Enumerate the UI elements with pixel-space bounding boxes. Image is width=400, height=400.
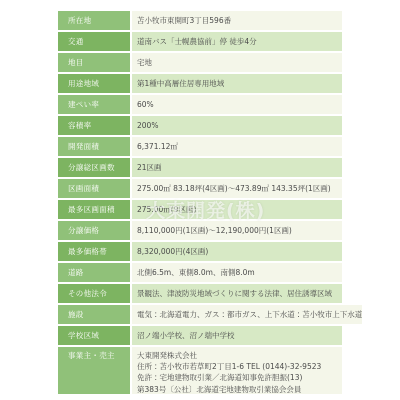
row-value: 北側6.5m、東側8.0m、南側8.0m bbox=[132, 263, 342, 282]
table-row: その他法令 景観法、津波防災地域づくりに関する法律、居住誘導区域 bbox=[58, 284, 342, 303]
row-value: 8,110,000円(1区画)〜12,190,000円(1区画) bbox=[132, 221, 342, 240]
row-value: 苫小牧市東開町3丁目596番 bbox=[132, 11, 342, 30]
table-row: 開発面積 6,371.12㎡ bbox=[58, 137, 342, 156]
table-row: 事業主・売主 大東開発株式会社住所：苫小牧市若草町2丁目1-6 TEL (014… bbox=[58, 347, 342, 394]
row-value: 60% bbox=[132, 95, 342, 114]
row-label: 道路 bbox=[58, 263, 130, 282]
row-label: 分譲総区画数 bbox=[58, 158, 130, 177]
row-label: 建ぺい率 bbox=[58, 95, 130, 114]
row-value: 21区画 bbox=[132, 158, 342, 177]
table-row: 所在地 苫小牧市東開町3丁目596番 bbox=[58, 11, 342, 30]
row-label: 用途地域 bbox=[58, 74, 130, 93]
row-label: 分譲価格 bbox=[58, 221, 130, 240]
row-label: 区画面積 bbox=[58, 179, 130, 198]
row-value: 電気：北海道電力、ガス：都市ガス、上下水道：苫小牧市上下水道 bbox=[132, 305, 362, 324]
row-label: 施設 bbox=[58, 305, 130, 324]
table-row: 地目 宅地 bbox=[58, 53, 342, 72]
row-value: 6,371.12㎡ bbox=[132, 137, 342, 156]
row-label: 交通 bbox=[58, 32, 130, 51]
table-row: 道路 北側6.5m、東側8.0m、南側8.0m bbox=[58, 263, 342, 282]
row-label: 学校区域 bbox=[58, 326, 130, 345]
table-row: 交通 道南バス「士幌農協前」停 徒歩4分 bbox=[58, 32, 342, 51]
row-value: 第1種中高層住居専用地域 bbox=[132, 74, 342, 93]
row-label: 事業主・売主 bbox=[58, 347, 130, 394]
table-row: 建ぺい率 60% bbox=[58, 95, 342, 114]
row-label: その他法令 bbox=[58, 284, 130, 303]
row-label: 容積率 bbox=[58, 116, 130, 135]
row-value: 道南バス「士幌農協前」停 徒歩4分 bbox=[132, 32, 342, 51]
row-value-line: 免許：宅地建物取引業／北海道知事免許胆振(13) bbox=[137, 372, 342, 383]
row-label: 最多価格帯 bbox=[58, 242, 130, 261]
table-row: 施設 電気：北海道電力、ガス：都市ガス、上下水道：苫小牧市上下水道 bbox=[58, 305, 342, 324]
row-value-line: 大東開発株式会社 bbox=[137, 350, 342, 361]
row-value-line: 住所：苫小牧市若草町2丁目1-6 TEL (0144)-32-9523 bbox=[137, 361, 342, 372]
table-row: 最多価格帯 8,320,000円(4区画) bbox=[58, 242, 342, 261]
row-label: 最多区画面積 bbox=[58, 200, 130, 219]
row-value-line: 第383号〔公社〕北海道宅地建物取引業協会会員 bbox=[137, 384, 342, 395]
row-label: 地目 bbox=[58, 53, 130, 72]
table-row: 学校区域 沼ノ端小学校、沼ノ端中学校 bbox=[58, 326, 342, 345]
row-label: 所在地 bbox=[58, 11, 130, 30]
row-value: 8,320,000円(4区画) bbox=[132, 242, 342, 261]
table-row: 用途地域 第1種中高層住居専用地域 bbox=[58, 74, 342, 93]
row-value: 景観法、津波防災地域づくりに関する法律、居住誘導区域 bbox=[132, 284, 342, 303]
table-row: 分譲価格 8,110,000円(1区画)〜12,190,000円(1区画) bbox=[58, 221, 342, 240]
table-row: 最多区画面積 275.00㎡(9区画) bbox=[58, 200, 342, 219]
row-value: 宅地 bbox=[132, 53, 342, 72]
row-value: 200% bbox=[132, 116, 342, 135]
row-value: 大東開発株式会社住所：苫小牧市若草町2丁目1-6 TEL (0144)-32-9… bbox=[132, 347, 342, 394]
table-row: 区画面積 275.00㎡ 83.18坪(4区画)〜473.89㎡ 143.35坪… bbox=[58, 179, 342, 198]
table-row: 容積率 200% bbox=[58, 116, 342, 135]
row-value: 275.00㎡ 83.18坪(4区画)〜473.89㎡ 143.35坪(1区画) bbox=[132, 179, 342, 198]
table-row: 分譲総区画数 21区画 bbox=[58, 158, 342, 177]
row-label: 開発面積 bbox=[58, 137, 130, 156]
row-value: 沼ノ端小学校、沼ノ端中学校 bbox=[132, 326, 342, 345]
row-value: 275.00㎡(9区画) bbox=[132, 200, 342, 219]
property-spec-table: 所在地 苫小牧市東開町3丁目596番 交通 道南バス「士幌農協前」停 徒歩4分 … bbox=[58, 11, 342, 396]
